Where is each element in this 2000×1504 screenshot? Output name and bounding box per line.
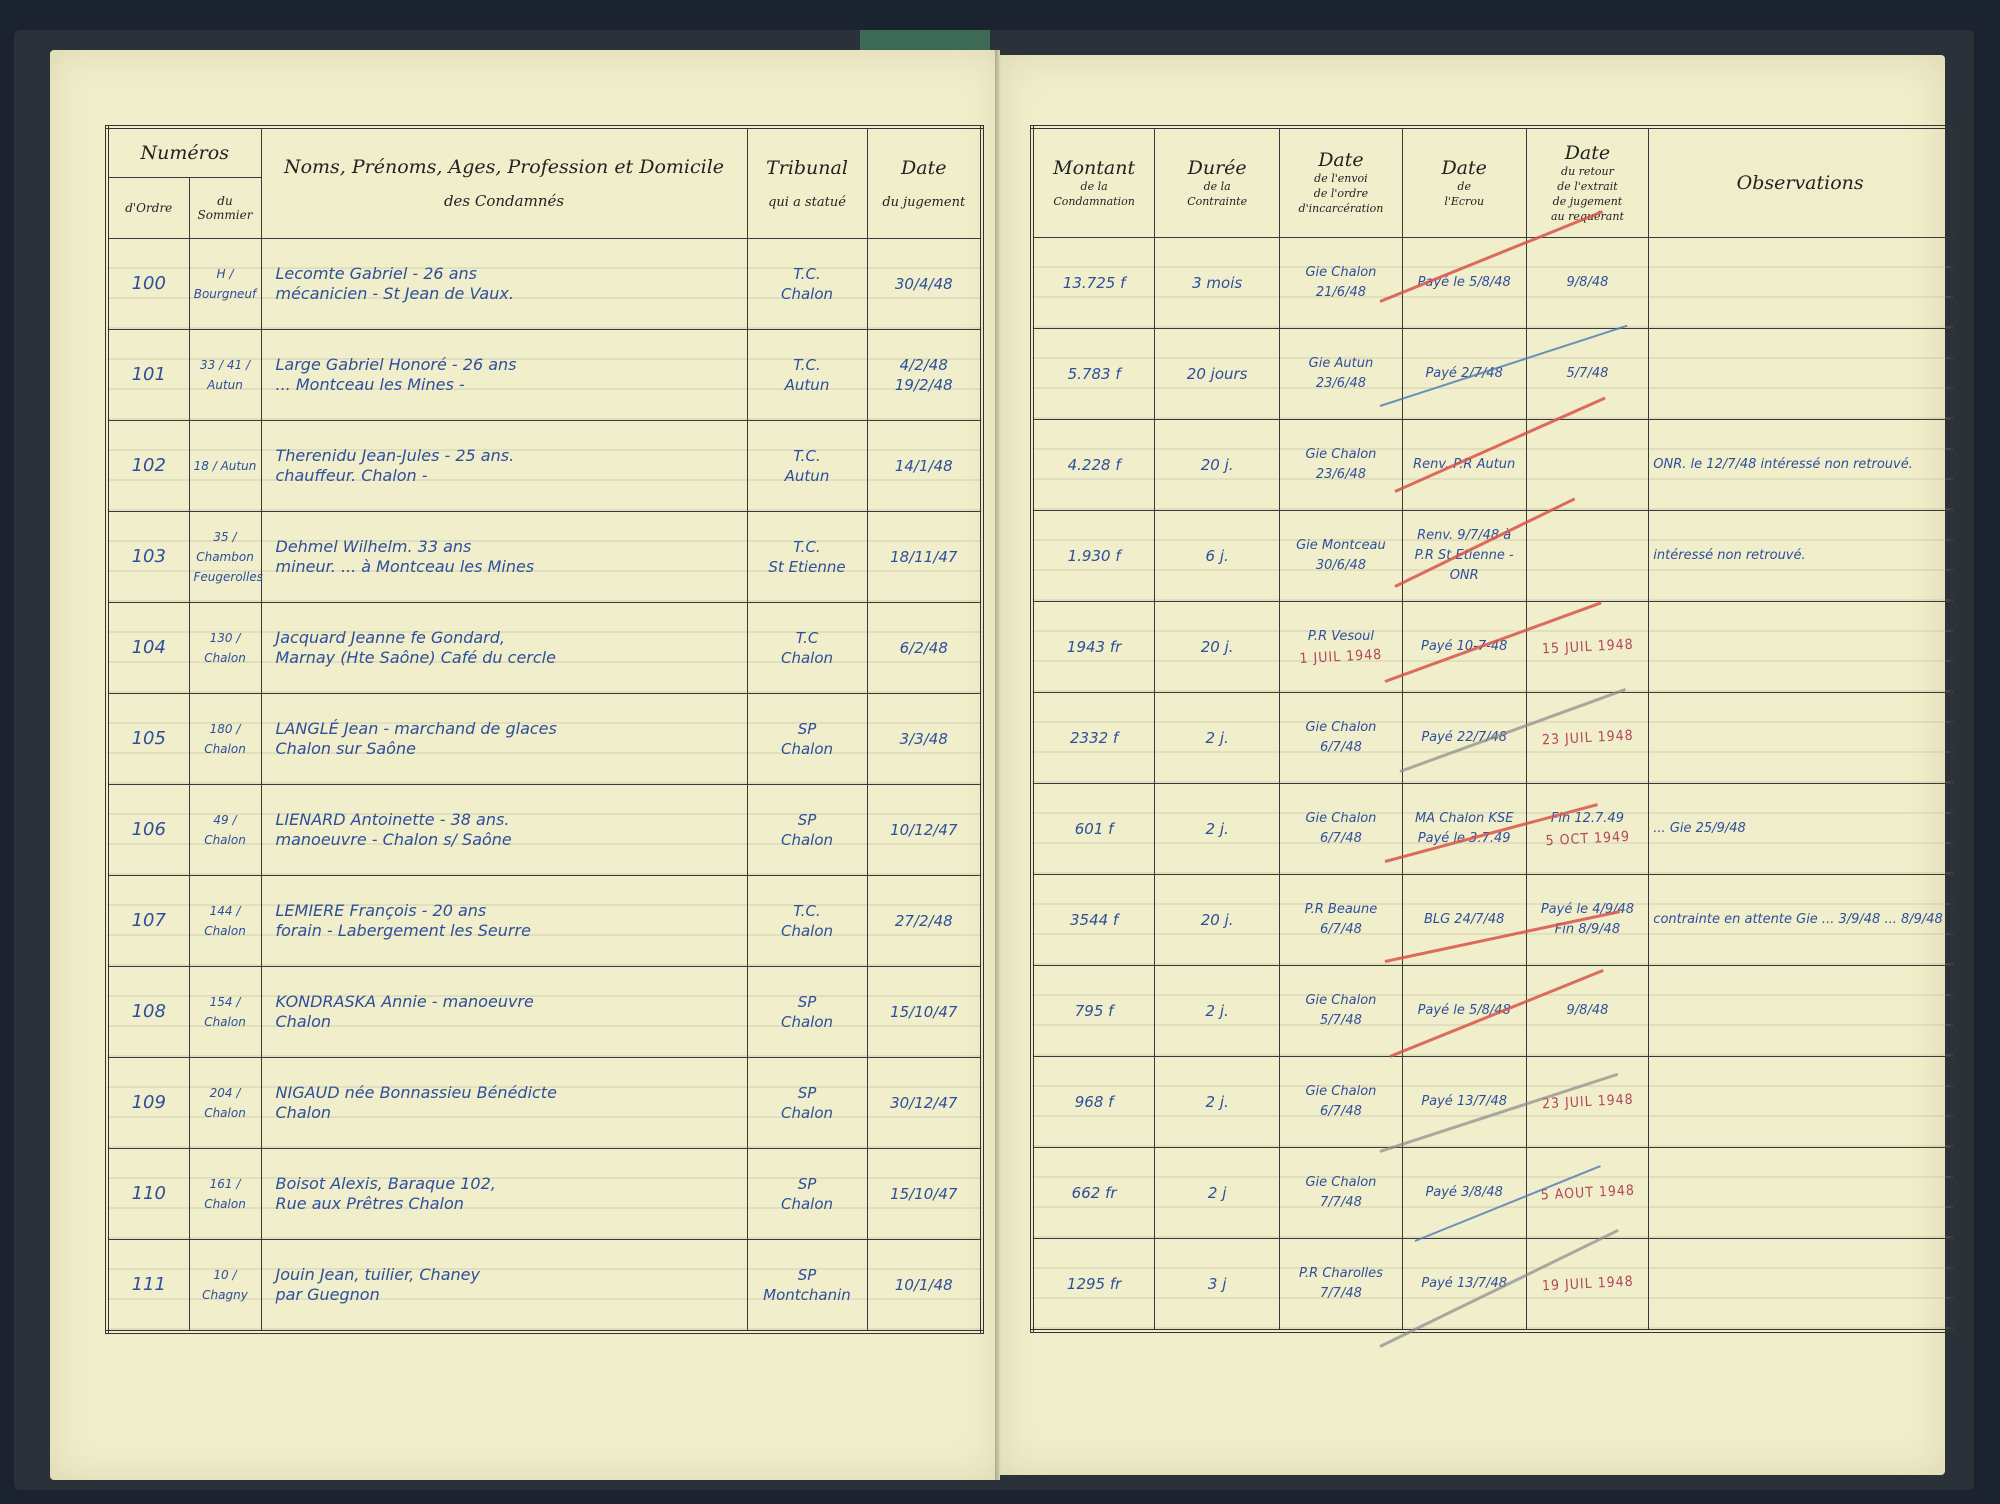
condamne-line-2: Chalon xyxy=(276,1103,743,1123)
header-date-retour: Date du retour de l'extrait de jugement … xyxy=(1526,127,1649,237)
header-noms: Noms, Prénoms, Ages, Profession et Domic… xyxy=(261,127,747,238)
date-retour: 19 JUIL 1948 xyxy=(1526,1238,1649,1331)
header-sommier: du Sommier xyxy=(189,177,261,238)
tribunal: SPChalon xyxy=(747,693,867,784)
header-duree: Durée de la Contrainte xyxy=(1155,127,1280,237)
duree-contrainte: 20 j. xyxy=(1155,874,1280,965)
observations xyxy=(1649,965,1953,1056)
condamne-line-2: mineur. ... à Montceau les Mines xyxy=(276,557,743,577)
observations: contrainte en attente Gie ... 3/9/48 ...… xyxy=(1649,874,1953,965)
date-retour: 9/8/48 xyxy=(1526,237,1649,328)
date-ecrou: Renv. P.R Autun xyxy=(1402,419,1526,510)
register-row-left: 10218 / AutunTherenidu Jean-Jules - 25 a… xyxy=(107,420,982,511)
date-ecrou: Payé 13/7/48 xyxy=(1402,1056,1526,1147)
date-stamp: 23 JUIL 1948 xyxy=(1530,725,1645,751)
date-ecrou: Payé 22/7/48 xyxy=(1402,692,1526,783)
condamne-line-2: ... Montceau les Mines - xyxy=(276,375,743,395)
register-row-right: 3544 f20 j.P.R Beaune 6/7/48BLG 24/7/48P… xyxy=(1032,874,1953,965)
condamne-line-2: mécanicien - St Jean de Vaux. xyxy=(276,284,743,304)
condamne-details: Dehmel Wilhelm. 33 ansmineur. ... à Mont… xyxy=(261,511,747,602)
montant: 795 f xyxy=(1032,965,1155,1056)
tribunal: T.C.St Etienne xyxy=(747,511,867,602)
numero-sommier: H / Bourgneuf xyxy=(189,238,261,329)
numero-ordre: 103 xyxy=(107,511,189,602)
numero-ordre: 101 xyxy=(107,329,189,420)
numero-ordre: 106 xyxy=(107,784,189,875)
date-jugement: 15/10/47 xyxy=(867,966,982,1057)
tribunal-place: Chalon xyxy=(752,1194,863,1214)
date-stamp: 1 JUIL 1948 xyxy=(1284,644,1399,670)
numero-ordre: 104 xyxy=(107,602,189,693)
duree-contrainte: 20 jours xyxy=(1155,328,1280,419)
tribunal-place: Chalon xyxy=(752,739,863,759)
numero-sommier: 33 / 41 / Autun xyxy=(189,329,261,420)
tribunal-type: SP xyxy=(752,992,863,1012)
date-envoi: P.R Charolles 7/7/48 xyxy=(1280,1238,1403,1331)
numero-sommier: 10 / Chagny xyxy=(189,1239,261,1332)
date-envoi: Gie Chalon 23/6/48 xyxy=(1280,419,1403,510)
register-row-left: 10335 / Chambon FeugerollesDehmel Wilhel… xyxy=(107,511,982,602)
tribunal-type: T.C. xyxy=(752,901,863,921)
register-row-left: 110161 / ChalonBoisot Alexis, Baraque 10… xyxy=(107,1148,982,1239)
header-date-jugement: Date du jugement xyxy=(867,127,982,238)
register-row-left: 10649 / ChalonLIENARD Antoinette - 38 an… xyxy=(107,784,982,875)
envoi-text: Gie Chalon 5/7/48 xyxy=(1284,991,1398,1031)
tribunal-type: T.C. xyxy=(752,537,863,557)
register-row-right: 601 f2 j.Gie Chalon 6/7/48MA Chalon KSE … xyxy=(1032,783,1953,874)
register-row-left: 11110 / ChagnyJouin Jean, tuilier, Chane… xyxy=(107,1239,982,1332)
tribunal-place: Chalon xyxy=(752,1103,863,1123)
montant: 968 f xyxy=(1032,1056,1155,1147)
tribunal-type: SP xyxy=(752,1265,863,1285)
date-jugement: 4/2/48 19/2/48 xyxy=(867,329,982,420)
duree-contrainte: 20 j. xyxy=(1155,601,1280,692)
observations: intéressé non retrouvé. xyxy=(1649,510,1953,601)
montant: 1.930 f xyxy=(1032,510,1155,601)
montant: 13.725 f xyxy=(1032,237,1155,328)
date-retour: 23 JUIL 1948 xyxy=(1526,1056,1649,1147)
condamne-line-1: LIENARD Antoinette - 38 ans. xyxy=(276,810,743,830)
register-row-right: 968 f2 j.Gie Chalon 6/7/48Payé 13/7/4823… xyxy=(1032,1056,1953,1147)
numero-sommier: 35 / Chambon Feugerolles xyxy=(189,511,261,602)
condamne-line-2: manoeuvre - Chalon s/ Saône xyxy=(276,830,743,850)
date-envoi: Gie Chalon 7/7/48 xyxy=(1280,1147,1403,1238)
envoi-text: Gie Chalon 6/7/48 xyxy=(1284,718,1398,758)
numero-ordre: 100 xyxy=(107,238,189,329)
condamne-line-1: LEMIERE François - 20 ans xyxy=(276,901,743,921)
header-observations: Observations xyxy=(1649,127,1953,237)
duree-contrainte: 6 j. xyxy=(1155,510,1280,601)
condamne-line-1: Therenidu Jean-Jules - 25 ans. xyxy=(276,446,743,466)
condamne-details: Jacquard Jeanne fe Gondard,Marnay (Hte S… xyxy=(261,602,747,693)
date-retour xyxy=(1526,510,1649,601)
condamne-details: LIENARD Antoinette - 38 ans.manoeuvre - … xyxy=(261,784,747,875)
condamne-line-1: KONDRASKA Annie - manoeuvre xyxy=(276,992,743,1012)
register-row-left: 104130 / ChalonJacquard Jeanne fe Gondar… xyxy=(107,602,982,693)
observations xyxy=(1649,237,1953,328)
observations xyxy=(1649,1056,1953,1147)
condamne-details: KONDRASKA Annie - manoeuvreChalon xyxy=(261,966,747,1057)
observations xyxy=(1649,1238,1953,1331)
tribunal: SPChalon xyxy=(747,1148,867,1239)
date-envoi: Gie Montceau 30/6/48 xyxy=(1280,510,1403,601)
left-register-table: Numéros Noms, Prénoms, Ages, Profession … xyxy=(105,125,984,1334)
tribunal-place: Chalon xyxy=(752,830,863,850)
montant: 4.228 f xyxy=(1032,419,1155,510)
tribunal-place: Chalon xyxy=(752,921,863,941)
date-jugement: 18/11/47 xyxy=(867,511,982,602)
observations xyxy=(1649,601,1953,692)
date-envoi: P.R Beaune 6/7/48 xyxy=(1280,874,1403,965)
numero-sommier: 204 / Chalon xyxy=(189,1057,261,1148)
tribunal-place: St Etienne xyxy=(752,557,863,577)
header-date-ecrou: Date de l'Ecrou xyxy=(1402,127,1526,237)
date-jugement: 10/1/48 xyxy=(867,1239,982,1332)
tribunal-place: Autun xyxy=(752,466,863,486)
condamne-line-2: chauffeur. Chalon - xyxy=(276,466,743,486)
envoi-text: P.R Vesoul xyxy=(1284,627,1398,647)
condamne-line-2: forain - Labergement les Seurre xyxy=(276,921,743,941)
duree-contrainte: 3 j xyxy=(1155,1238,1280,1331)
condamne-line-1: Lecomte Gabriel - 26 ans xyxy=(276,264,743,284)
envoi-text: Gie Chalon 6/7/48 xyxy=(1284,809,1398,849)
montant: 3544 f xyxy=(1032,874,1155,965)
date-retour: 5 AOUT 1948 xyxy=(1526,1147,1649,1238)
tribunal-type: SP xyxy=(752,1083,863,1103)
condamne-details: Therenidu Jean-Jules - 25 ans.chauffeur.… xyxy=(261,420,747,511)
date-stamp: 5 OCT 1949 xyxy=(1530,826,1645,852)
header-date-envoi: Date de l'envoi de l'ordre d'incarcérati… xyxy=(1280,127,1403,237)
date-retour: 23 JUIL 1948 xyxy=(1526,692,1649,783)
montant: 1943 fr xyxy=(1032,601,1155,692)
montant: 601 f xyxy=(1032,783,1155,874)
tribunal: SPMontchanin xyxy=(747,1239,867,1332)
tribunal: T.C.Autun xyxy=(747,329,867,420)
condamne-line-2: par Guegnon xyxy=(276,1285,743,1305)
date-retour: 9/8/48 xyxy=(1526,965,1649,1056)
envoi-text: P.R Beaune 6/7/48 xyxy=(1284,900,1398,940)
date-retour: Fin 12.7.495 OCT 1949 xyxy=(1526,783,1649,874)
envoi-text: Gie Autun 23/6/48 xyxy=(1284,354,1398,394)
duree-contrainte: 2 j xyxy=(1155,1147,1280,1238)
numero-ordre: 108 xyxy=(107,966,189,1057)
condamne-line-1: Jouin Jean, tuilier, Chaney xyxy=(276,1265,743,1285)
envoi-text: Gie Chalon 6/7/48 xyxy=(1284,1082,1398,1122)
numero-sommier: 161 / Chalon xyxy=(189,1148,261,1239)
condamne-line-1: Large Gabriel Honoré - 26 ans xyxy=(276,355,743,375)
register-row-left: 105180 / ChalonLANGLÉ Jean - marchand de… xyxy=(107,693,982,784)
duree-contrainte: 2 j. xyxy=(1155,783,1280,874)
register-row-right: 5.783 f20 joursGie Autun 23/6/48Payé 2/7… xyxy=(1032,328,1953,419)
numero-ordre: 107 xyxy=(107,875,189,966)
date-jugement: 14/1/48 xyxy=(867,420,982,511)
numero-ordre: 111 xyxy=(107,1239,189,1332)
register-row-right: 795 f2 j.Gie Chalon 5/7/48Payé le 5/8/48… xyxy=(1032,965,1953,1056)
montant: 5.783 f xyxy=(1032,328,1155,419)
condamne-line-2: Marnay (Hte Saône) Café du cercle xyxy=(276,648,743,668)
date-envoi: P.R Vesoul1 JUIL 1948 xyxy=(1280,601,1403,692)
register-row-right: 13.725 f3 moisGie Chalon 21/6/48Payé le … xyxy=(1032,237,1953,328)
condamne-line-1: LANGLÉ Jean - marchand de glaces xyxy=(276,719,743,739)
tribunal-place: Chalon xyxy=(752,648,863,668)
page-gutter xyxy=(995,50,1005,1480)
date-stamp: 5 AOUT 1948 xyxy=(1530,1180,1645,1206)
retour-text: 5/7/48 xyxy=(1531,364,1645,384)
envoi-text: Gie Chalon 7/7/48 xyxy=(1284,1173,1398,1213)
condamne-details: Jouin Jean, tuilier, Chaneypar Guegnon xyxy=(261,1239,747,1332)
envoi-text: Gie Chalon 21/6/48 xyxy=(1284,263,1398,303)
numero-ordre: 105 xyxy=(107,693,189,784)
date-stamp: 23 JUIL 1948 xyxy=(1530,1089,1645,1115)
montant: 662 fr xyxy=(1032,1147,1155,1238)
observations: ... Gie 25/9/48 xyxy=(1649,783,1953,874)
numero-ordre: 109 xyxy=(107,1057,189,1148)
condamne-line-2: Chalon sur Saône xyxy=(276,739,743,759)
tribunal: SPChalon xyxy=(747,784,867,875)
date-envoi: Gie Chalon 6/7/48 xyxy=(1280,692,1403,783)
tribunal: SPChalon xyxy=(747,966,867,1057)
tribunal: T.CChalon xyxy=(747,602,867,693)
tribunal-type: T.C. xyxy=(752,355,863,375)
tribunal-type: SP xyxy=(752,1174,863,1194)
tribunal-place: Chalon xyxy=(752,1012,863,1032)
condamne-details: Lecomte Gabriel - 26 ansmécanicien - St … xyxy=(261,238,747,329)
date-ecrou: Renv. 9/7/48 à P.R St Etienne - ONR xyxy=(1402,510,1526,601)
condamne-details: LEMIERE François - 20 ansforain - Laberg… xyxy=(261,875,747,966)
condamne-details: Boisot Alexis, Baraque 102,Rue aux Prêtr… xyxy=(261,1148,747,1239)
observations: ONR. le 12/7/48 intéressé non retrouvé. xyxy=(1649,419,1953,510)
duree-contrainte: 2 j. xyxy=(1155,1056,1280,1147)
tribunal-type: T.C. xyxy=(752,264,863,284)
register-row-left: 10133 / 41 / AutunLarge Gabriel Honoré -… xyxy=(107,329,982,420)
date-jugement: 30/12/47 xyxy=(867,1057,982,1148)
tribunal-type: T.C xyxy=(752,628,863,648)
register-row-left: 107144 / ChalonLEMIERE François - 20 ans… xyxy=(107,875,982,966)
register-row-left: 100H / BourgneufLecomte Gabriel - 26 ans… xyxy=(107,238,982,329)
duree-contrainte: 2 j. xyxy=(1155,692,1280,783)
register-row-left: 109204 / ChalonNIGAUD née Bonnassieu Bén… xyxy=(107,1057,982,1148)
condamne-details: NIGAUD née Bonnassieu BénédicteChalon xyxy=(261,1057,747,1148)
condamne-line-1: Dehmel Wilhelm. 33 ans xyxy=(276,537,743,557)
register-row-left: 108154 / ChalonKONDRASKA Annie - manoeuv… xyxy=(107,966,982,1057)
observations xyxy=(1649,328,1953,419)
condamne-line-1: NIGAUD née Bonnassieu Bénédicte xyxy=(276,1083,743,1103)
numero-sommier: 49 / Chalon xyxy=(189,784,261,875)
tribunal: T.C.Chalon xyxy=(747,238,867,329)
date-jugement: 15/10/47 xyxy=(867,1148,982,1239)
date-envoi: Gie Chalon 21/6/48 xyxy=(1280,237,1403,328)
date-stamp: 19 JUIL 1948 xyxy=(1530,1271,1645,1297)
condamne-line-1: Boisot Alexis, Baraque 102, xyxy=(276,1174,743,1194)
date-retour: 15 JUIL 1948 xyxy=(1526,601,1649,692)
register-row-right: 1.930 f6 j.Gie Montceau 30/6/48Renv. 9/7… xyxy=(1032,510,1953,601)
retour-text: 9/8/48 xyxy=(1531,1001,1645,1021)
date-retour xyxy=(1526,419,1649,510)
numero-sommier: 154 / Chalon xyxy=(189,966,261,1057)
condamne-details: Large Gabriel Honoré - 26 ans... Montcea… xyxy=(261,329,747,420)
register-row-right: 1943 fr20 j.P.R Vesoul1 JUIL 1948Payé 10… xyxy=(1032,601,1953,692)
tribunal-place: Chalon xyxy=(752,284,863,304)
date-jugement: 30/4/48 xyxy=(867,238,982,329)
condamne-line-2: Rue aux Prêtres Chalon xyxy=(276,1194,743,1214)
observations xyxy=(1649,692,1953,783)
tribunal-type: SP xyxy=(752,719,863,739)
numero-sommier: 18 / Autun xyxy=(189,420,261,511)
retour-text: 9/8/48 xyxy=(1531,273,1645,293)
duree-contrainte: 20 j. xyxy=(1155,419,1280,510)
montant: 2332 f xyxy=(1032,692,1155,783)
date-ecrou: Payé 3/8/48 xyxy=(1402,1147,1526,1238)
header-ordre: d'Ordre xyxy=(107,177,189,238)
envoi-text: Gie Montceau 30/6/48 xyxy=(1284,536,1398,576)
condamne-line-2: Chalon xyxy=(276,1012,743,1032)
date-stamp: 15 JUIL 1948 xyxy=(1530,634,1645,660)
right-register-table: Montant de la Condamnation Durée de la C… xyxy=(1030,125,1955,1333)
date-envoi: Gie Chalon 5/7/48 xyxy=(1280,965,1403,1056)
header-tribunal: Tribunal qui a statué xyxy=(747,127,867,238)
condamne-line-1: Jacquard Jeanne fe Gondard, xyxy=(276,628,743,648)
numero-ordre: 102 xyxy=(107,420,189,511)
register-row-right: 1295 fr3 jP.R Charolles 7/7/48Payé 13/7/… xyxy=(1032,1238,1953,1331)
header-numeros: Numéros xyxy=(107,127,261,177)
date-jugement: 27/2/48 xyxy=(867,875,982,966)
date-jugement: 6/2/48 xyxy=(867,602,982,693)
tribunal-place: Autun xyxy=(752,375,863,395)
tribunal: T.C.Chalon xyxy=(747,875,867,966)
tribunal-type: T.C. xyxy=(752,446,863,466)
tribunal: SPChalon xyxy=(747,1057,867,1148)
date-envoi: Gie Chalon 6/7/48 xyxy=(1280,1056,1403,1147)
date-ecrou: Payé 2/7/48 xyxy=(1402,328,1526,419)
tribunal-place: Montchanin xyxy=(752,1285,863,1305)
numero-sommier: 130 / Chalon xyxy=(189,602,261,693)
register-row-right: 662 fr2 jGie Chalon 7/7/48Payé 3/8/485 A… xyxy=(1032,1147,1953,1238)
duree-contrainte: 2 j. xyxy=(1155,965,1280,1056)
condamne-details: LANGLÉ Jean - marchand de glacesChalon s… xyxy=(261,693,747,784)
montant: 1295 fr xyxy=(1032,1238,1155,1331)
tribunal: T.C.Autun xyxy=(747,420,867,511)
observations xyxy=(1649,1147,1953,1238)
date-jugement: 10/12/47 xyxy=(867,784,982,875)
envoi-text: P.R Charolles 7/7/48 xyxy=(1284,1264,1398,1304)
numero-ordre: 110 xyxy=(107,1148,189,1239)
date-jugement: 3/3/48 xyxy=(867,693,982,784)
envoi-text: Gie Chalon 23/6/48 xyxy=(1284,445,1398,485)
duree-contrainte: 3 mois xyxy=(1155,237,1280,328)
header-montant: Montant de la Condamnation xyxy=(1032,127,1155,237)
numero-sommier: 180 / Chalon xyxy=(189,693,261,784)
numero-sommier: 144 / Chalon xyxy=(189,875,261,966)
tribunal-type: SP xyxy=(752,810,863,830)
register-row-right: 4.228 f20 j.Gie Chalon 23/6/48Renv. P.R … xyxy=(1032,419,1953,510)
date-ecrou: Payé 10-7-48 xyxy=(1402,601,1526,692)
